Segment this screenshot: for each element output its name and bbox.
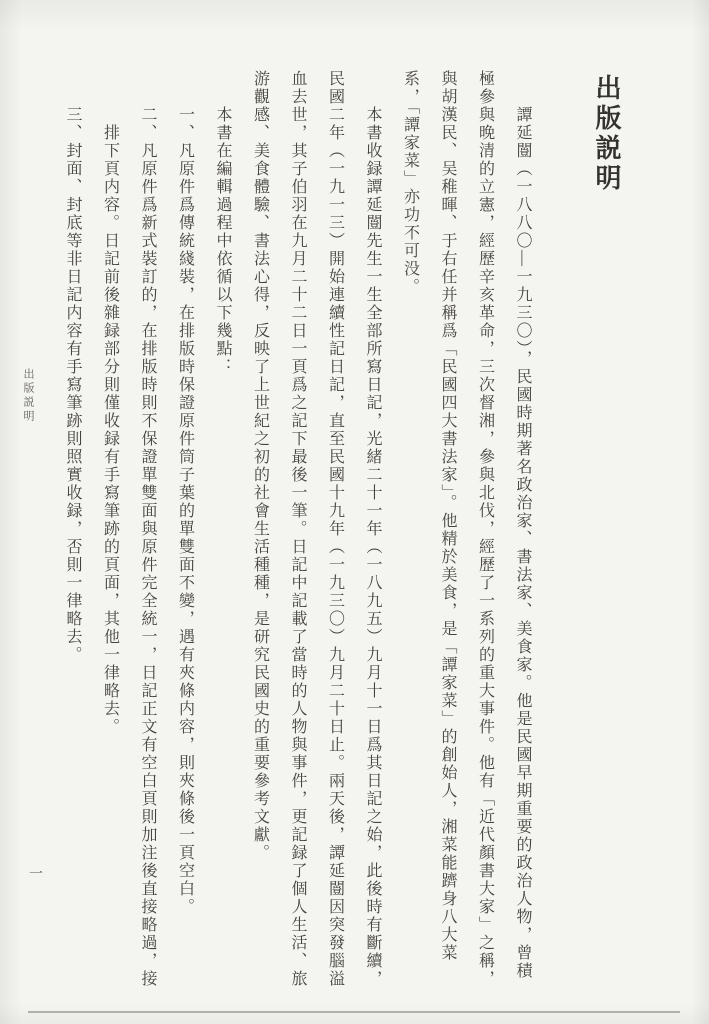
- text-column-list-item-2: 二、凡原件爲新式裝訂的，在排版時則不保證單雙面與原件完全統一，日記正文有空白頁則…: [129, 70, 167, 1015]
- text-column: 極參與晚清的立憲，經歷辛亥革命，三次督湘，參與北伐，經歷了一系列的重大事件。他有…: [466, 70, 504, 1015]
- body-text-block: 譚延闓（一八八〇—一九三〇），民國時期著名政治家、書法家、美食家。他是民國早期重…: [53, 70, 541, 1015]
- text-column: 系，「譚家菜」亦功不可没。: [391, 70, 429, 1015]
- scan-bottom-edge-line: [28, 1011, 680, 1013]
- text-column-list-item-3: 三、封面、封底等非日記内容有手寫筆跡則照實收録，否則一律略去。: [54, 70, 92, 1015]
- text-column: 本書在編輯過程中依循以下幾點：: [204, 70, 242, 1015]
- margin-running-title: 出版説明: [20, 368, 36, 424]
- text-column-list-item-2-cont: 排下頁内容。日記前後雜録部分則僅收録有手寫筆跡的頁面，其他一律略去。: [91, 70, 129, 1015]
- scanned-book-page: 出版説明 譚延闓（一八八〇—一九三〇），民國時期著名政治家、書法家、美食家。他是…: [0, 0, 709, 1024]
- page-title: 出版説明: [588, 74, 625, 194]
- text-column: 與胡漢民、吴稚暉、于右任并稱爲「民國四大書法家」。他精於美食，是「譚家菜」的創始…: [429, 70, 467, 1015]
- text-column: 民國二年（一九一三）開始連續性記日記，直至民國十九年（一九三〇）九月二十日止。兩…: [316, 70, 354, 1015]
- page-number-label: 一: [24, 866, 44, 880]
- text-column: 本書收録譚延闓先生一生全部所寫日記，光緒二十一年（一八九五）九月十一日爲其日記之…: [354, 70, 392, 1015]
- text-column: 譚延闓（一八八〇—一九三〇），民國時期著名政治家、書法家、美食家。他是民國早期重…: [504, 70, 542, 1015]
- text-column-list-item-1: 一、凡原件爲傳統綫裝，在排版時保證原件筒子葉的單雙面不變，遇有夾條内容，則夾條後…: [166, 70, 204, 1015]
- text-column: 血去世，其子伯羽在九月二十二日一頁爲之記下最後一筆。日記中記載了當時的人物與事件…: [279, 70, 317, 1015]
- text-column: 游觀感、美食體驗、書法心得，反映了上世紀之初的社會生活種種，是研究民國史的重要參…: [241, 70, 279, 1015]
